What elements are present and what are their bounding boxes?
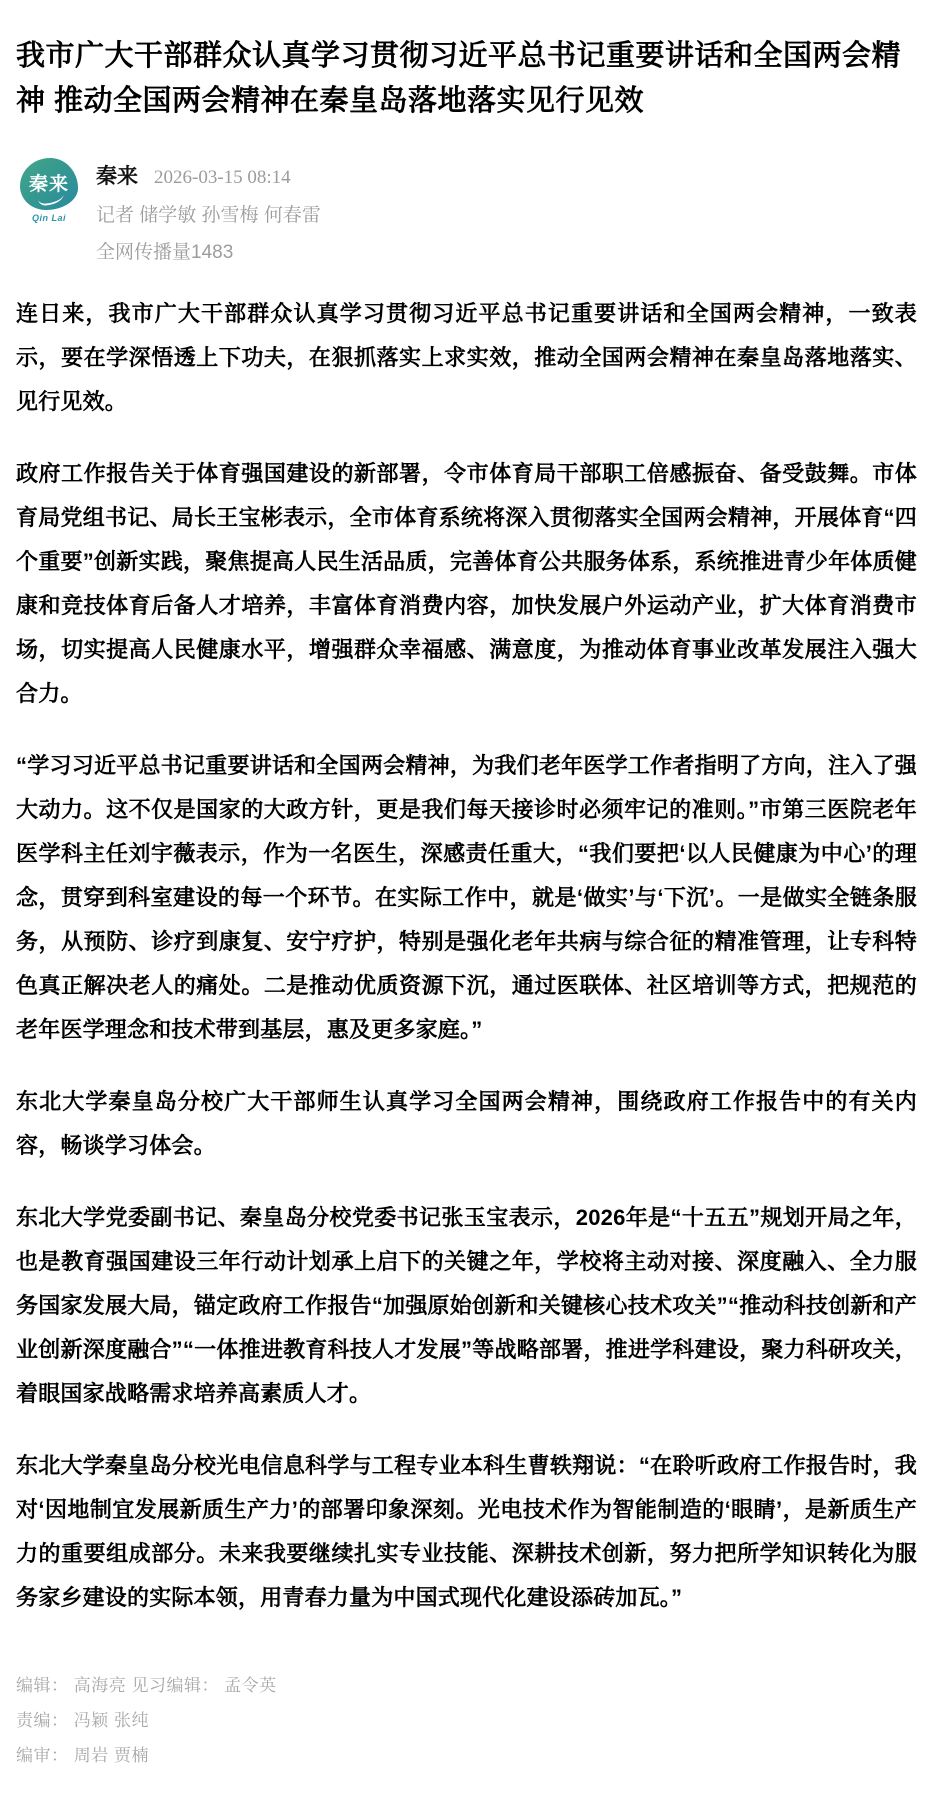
- author-name[interactable]: 秦来: [96, 160, 138, 190]
- article-paragraph: 东北大学秦皇岛分校广大干部师生认真学习全国两会精神，围绕政府工作报告中的有关内容…: [16, 1080, 917, 1168]
- article-paragraph: “学习习近平总书记重要讲话和全国两会精神，为我们老年医学工作者指明了方向，注入了…: [16, 744, 917, 1052]
- page-title: 我市广大干部群众认真学习贯彻习近平总书记重要讲话和全国两会精神 推动全国两会精神…: [16, 34, 917, 124]
- author-name-row: 秦来 2026-03-15 08:14: [96, 160, 321, 190]
- publish-time: 2026-03-15 08:14: [154, 167, 291, 189]
- editors-footer: 编辑： 高海亮 见习编辑： 孟令英 责编： 冯颖 张纯 编审： 周岩 贾楠: [16, 1668, 917, 1773]
- spread-count: 全网传播量1483: [96, 237, 321, 264]
- article-body: 连日来，我市广大干部群众认真学习贯彻习近平总书记重要讲话和全国两会精神，一致表示…: [16, 292, 917, 1620]
- article-paragraph: 政府工作报告关于体育强国建设的新部署，令市体育局干部职工倍感振奋、备受鼓舞。市体…: [16, 452, 917, 716]
- article-page: 我市广大干部群众认真学习贯彻习近平总书记重要讲话和全国两会精神 推动全国两会精神…: [0, 0, 933, 1793]
- article-paragraph: 东北大学党委副书记、秦皇岛分校党委书记张玉宝表示，2026年是“十五五”规划开局…: [16, 1196, 917, 1416]
- review-editor-line: 编审： 周岩 贾楠: [16, 1738, 917, 1773]
- duty-editor-line: 责编： 冯颖 张纯: [16, 1703, 917, 1738]
- editor-line: 编辑： 高海亮 见习编辑： 孟令英: [16, 1668, 917, 1703]
- author-meta-block: 秦来 Qin Lai 秦来 2026-03-15 08:14 记者 储学敏 孙雪…: [16, 158, 917, 264]
- author-meta-column: 秦来 2026-03-15 08:14 记者 储学敏 孙雪梅 何春雷 全网传播量…: [96, 158, 321, 264]
- qinlai-media-logo[interactable]: 秦来 Qin Lai: [16, 158, 82, 223]
- qinlai-logo-icon: 秦来: [20, 158, 78, 210]
- article-paragraph: 连日来，我市广大干部群众认真学习贯彻习近平总书记重要讲话和全国两会精神，一致表示…: [16, 292, 917, 424]
- reporters-line: 记者 储学敏 孙雪梅 何春雷: [96, 200, 321, 227]
- logo-text: 秦来: [29, 169, 69, 196]
- article-paragraph: 东北大学秦皇岛分校光电信息科学与工程专业本科生曹轶翔说：“在聆听政府工作报告时，…: [16, 1444, 917, 1620]
- logo-subtext: Qin Lai: [32, 213, 66, 223]
